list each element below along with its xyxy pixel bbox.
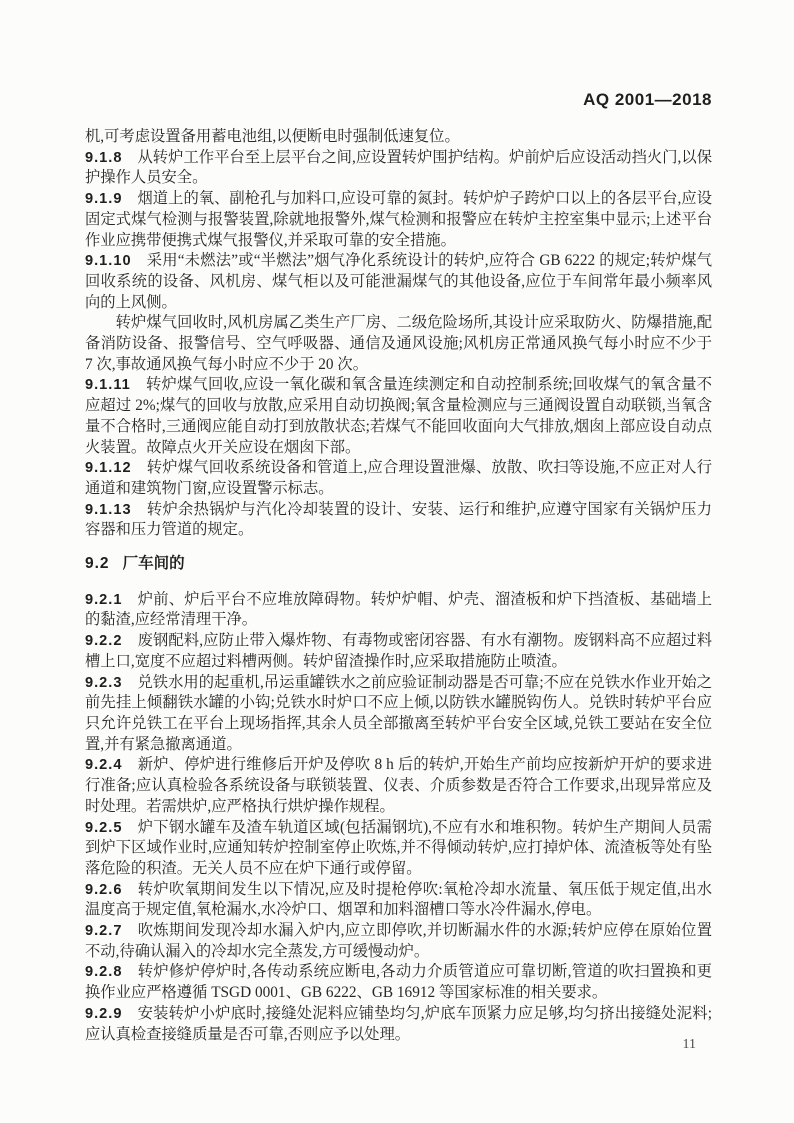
paragraph-text: 炉前、炉后平台不应堆放障碍物。转炉炉帽、炉壳、溜渣板和炉下挡渣板、基础墙上的黏渣…: [85, 591, 712, 629]
paragraph: 转炉煤气回收时,风机房属乙类生产厂房、二级危险场所,其设计应采取防火、防爆措施,…: [85, 313, 712, 375]
paragraph-text: 机,可考虑设置备用蓄电池组,以便断电时强制低速复位。: [85, 128, 460, 145]
standard-code: AQ 2001—2018: [583, 90, 712, 109]
document-page: AQ 2001—2018 机,可考虑设置备用蓄电池组,以便断电时强制低速复位。9…: [0, 0, 794, 1123]
clause-number: 9.1.9: [85, 191, 122, 207]
paragraph-text: 废钢配料,应防止带入爆炸物、有毒物或密闭容器、有水有潮物。废钢料高不应超过料槽上…: [85, 632, 712, 670]
paragraph: 9.2.4新炉、停炉进行维修后开炉及停吹 8 h 后的转炉,开始生产前均应按新炉…: [85, 755, 712, 817]
paragraph: 9.2.1炉前、炉后平台不应堆放障碍物。转炉炉帽、炉壳、溜渣板和炉下挡渣板、基础…: [85, 590, 712, 631]
paragraph-text: 转炉修炉停炉时,各传动系统应断电,各动力介质管道应可靠切断,管道的吹扫置换和更换…: [85, 963, 712, 1001]
section-heading-text: 厂车间的: [123, 555, 185, 572]
paragraph-text: 从转炉工作平台至上层平台之间,应设置转炉围护结构。炉前炉后应设活动挡火门,以保护…: [85, 149, 712, 187]
clause-number: 9.1.12: [85, 460, 132, 476]
clause-number: 9.2.5: [85, 820, 122, 836]
paragraph: 9.2.2废钢配料,应防止带入爆炸物、有毒物或密闭容器、有水有潮物。废钢料高不应…: [85, 631, 712, 672]
clause-number: 9.1.11: [85, 377, 131, 393]
page-number: 11: [683, 1037, 696, 1053]
paragraph: 9.2.3兑铁水用的起重机,吊运重罐铁水之前应验证制动器是否可靠;不应在兑铁水作…: [85, 673, 712, 756]
paragraph: 9.2.5炉下钢水罐车及渣车轨道区域(包括漏钢坑),不应有水和堆积物。转炉生产期…: [85, 818, 712, 880]
paragraph: 9.1.11转炉煤气回收,应设一氧化碳和氧含量连续测定和自动控制系统;回收煤气的…: [85, 375, 712, 458]
paragraph: 9.1.8从转炉工作平台至上层平台之间,应设置转炉围护结构。炉前炉后应设活动挡火…: [85, 148, 712, 189]
paragraph-text: 采用“未燃法”或“半燃法”烟气净化系统设计的转炉,应符合 GB 6222 的规定…: [85, 252, 712, 310]
paragraph-text: 转炉煤气回收时,风机房属乙类生产厂房、二级危险场所,其设计应采取防火、防爆措施,…: [85, 314, 712, 372]
paragraph-text: 转炉煤气回收系统设备和管道上,应合理设置泄爆、放散、吹扫等设施,不应正对人行通道…: [85, 459, 712, 497]
paragraph-text: 转炉煤气回收,应设一氧化碳和氧含量连续测定和自动控制系统;回收煤气的氧含量不应超…: [85, 376, 712, 455]
paragraph: 9.2.7吹炼期间发现冷却水漏入炉内,应立即停吹,并切断漏水件的水源;转炉应停在…: [85, 921, 712, 962]
paragraph: 机,可考虑设置备用蓄电池组,以便断电时强制低速复位。: [85, 127, 712, 148]
paragraph: 9.1.10采用“未燃法”或“半燃法”烟气净化系统设计的转炉,应符合 GB 62…: [85, 251, 712, 313]
document-footer: 11: [85, 1035, 712, 1053]
clause-number: 9.2: [85, 555, 110, 572]
section-heading: 9.2厂车间的: [85, 554, 712, 575]
clause-number: 9.2.7: [85, 923, 122, 939]
clause-number: 9.2.4: [85, 757, 122, 773]
clause-number: 9.2.8: [85, 964, 122, 980]
paragraph-text: 兑铁水用的起重机,吊运重罐铁水之前应验证制动器是否可靠;不应在兑铁水作业开始之前…: [85, 674, 712, 753]
paragraph: 9.1.12转炉煤气回收系统设备和管道上,应合理设置泄爆、放散、吹扫等设施,不应…: [85, 458, 712, 499]
paragraph-text: 新炉、停炉进行维修后开炉及停吹 8 h 后的转炉,开始生产前均应按新炉开炉的要求…: [85, 756, 712, 814]
paragraph: 9.1.9烟道上的氧、副枪孔与加料口,应设可靠的氮封。转炉炉子跨炉口以上的各层平…: [85, 189, 712, 251]
paragraph: 9.2.6转炉吹氧期间发生以下情况,应及时提枪停吹:氧枪冷却水流量、氧压低于规定…: [85, 880, 712, 921]
paragraph-text: 烟道上的氧、副枪孔与加料口,应设可靠的氮封。转炉炉子跨炉口以上的各层平台,应设固…: [85, 190, 712, 248]
clause-number: 9.1.10: [85, 253, 132, 269]
clause-number: 9.2.1: [85, 592, 122, 608]
clause-number: 9.2.6: [85, 882, 122, 898]
clause-number: 9.1.13: [85, 502, 132, 518]
paragraph-text: 炉下钢水罐车及渣车轨道区域(包括漏钢坑),不应有水和堆积物。转炉生产期间人员需到…: [85, 819, 712, 877]
clause-number: 9.2.2: [85, 633, 122, 649]
paragraph-text: 转炉余热锅炉与汽化冷却装置的设计、安装、运行和维护,应遵守国家有关锅炉压力容器和…: [85, 501, 712, 539]
paragraph-text: 转炉吹氧期间发生以下情况,应及时提枪停吹:氧枪冷却水流量、氧压低于规定值,出水温…: [85, 881, 712, 919]
clause-number: 9.1.8: [85, 150, 122, 166]
paragraph: 9.1.13转炉余热锅炉与汽化冷却装置的设计、安装、运行和维护,应遵守国家有关锅…: [85, 500, 712, 541]
document-body: 机,可考虑设置备用蓄电池组,以便断电时强制低速复位。9.1.8从转炉工作平台至上…: [85, 127, 712, 1045]
paragraph: 9.2.8转炉修炉停炉时,各传动系统应断电,各动力介质管道应可靠切断,管道的吹扫…: [85, 962, 712, 1003]
clause-number: 9.2.3: [85, 675, 122, 691]
clause-number: 9.2.9: [85, 1006, 122, 1022]
paragraph-text: 吹炼期间发现冷却水漏入炉内,应立即停吹,并切断漏水件的水源;转炉应停在原始位置不…: [85, 922, 712, 960]
document-header: AQ 2001—2018: [85, 90, 712, 110]
